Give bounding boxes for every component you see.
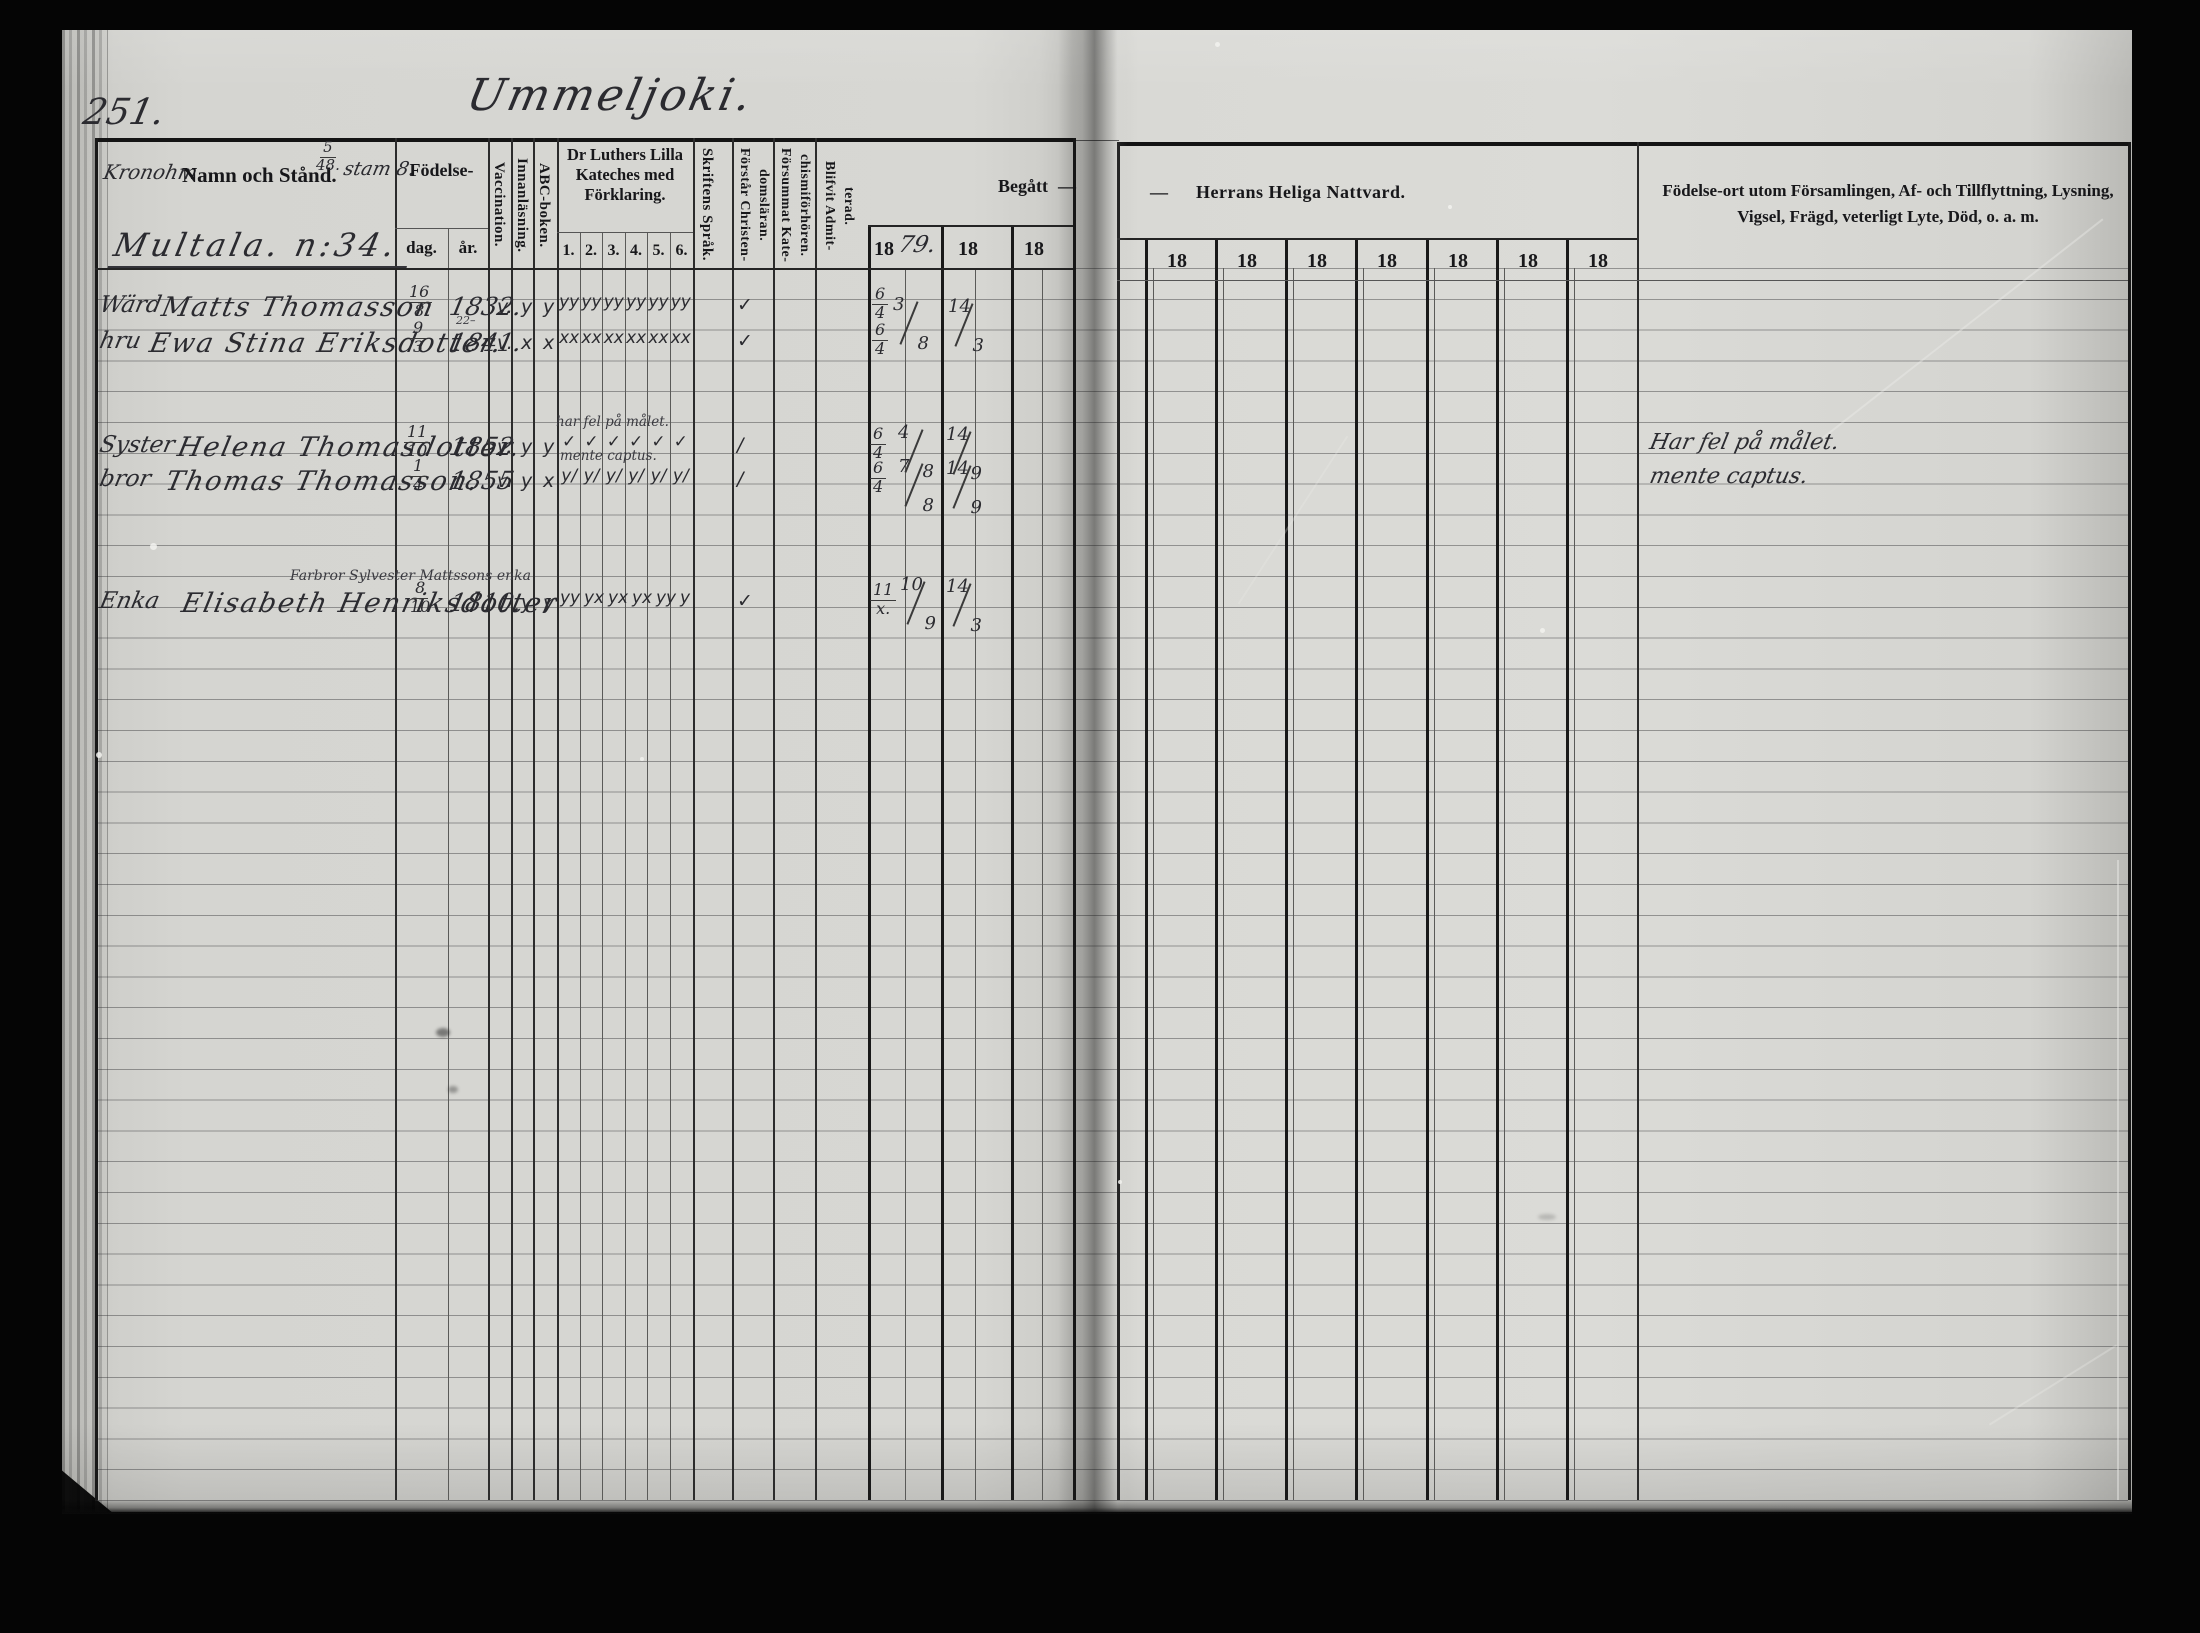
year-cell-18: 18 [1024, 238, 1044, 261]
year-cell-18: 18 [1448, 250, 1468, 273]
table-top-border-left [95, 138, 1075, 142]
remark-note: Har fel på målet. [1647, 430, 1841, 455]
kateches-marks: xxxxxxxxxxxx [558, 328, 692, 348]
innanlasning-mark: y [521, 436, 532, 458]
paper-speck [640, 757, 644, 761]
kateches-num-2: 2. [580, 242, 602, 260]
right-year-line [1285, 238, 1288, 1500]
abc-mark: y [543, 436, 554, 458]
kateches-col-label: Dr Luthers Lilla Kateches med Förklaring… [559, 145, 691, 205]
kateches-num-6: 6. [670, 242, 693, 260]
paper-speck [1448, 205, 1452, 209]
birth-day-value: 14 [410, 458, 426, 494]
remark-note: mente captus. [1647, 464, 1810, 489]
ink-smudge [436, 1028, 450, 1037]
admitted-date: 64 [872, 286, 888, 322]
row-name: Matts Thomasson [159, 292, 438, 323]
paper-speck [150, 543, 157, 550]
nattvard-label: Herrans Heliga Nattvard. [1196, 182, 1405, 203]
abc-mark: x [543, 470, 554, 492]
kateches-marks: yyyyyyyyyyyy [558, 292, 692, 312]
kateches-note: har fel på målet. [556, 414, 669, 430]
paper-speck [1118, 1180, 1122, 1184]
page-number: 251. [80, 92, 169, 133]
forstar-col-label: Förstår Christen- domsläran. [735, 144, 773, 266]
admitted-date: 64 [870, 460, 886, 496]
year-superscript: 22– [456, 314, 476, 327]
innanlasning-mark: y [521, 470, 532, 492]
kateches-num-3: 3. [602, 242, 625, 260]
notes-col-label: Födelse-ort utom Församlingen, Af- och T… [1655, 178, 2121, 230]
name-col-hand-fraction: 548. [316, 140, 340, 174]
kateches-marks: y/y/y/y/y/y/ [558, 466, 692, 486]
year-cell-18: 18 [1237, 250, 1257, 273]
row-name: Thomas Thomasson. [163, 466, 483, 497]
forstar-mark: ✓ [737, 590, 753, 612]
birth-year-label: år. [448, 238, 488, 258]
abc-mark: y [543, 296, 554, 318]
vaccination-col-label: Vaccination. [489, 144, 511, 266]
right-year-line [1355, 238, 1358, 1500]
paper-speck [1215, 42, 1220, 47]
body-top-line-right [1117, 280, 2128, 281]
body-top-line-left [95, 268, 1073, 270]
year-cell-18: 18 [1167, 250, 1187, 273]
year-col-line [941, 225, 944, 1500]
year-cell-1879-print: 18 [874, 238, 894, 261]
table-top-border-right [1117, 142, 2130, 146]
row-title: bror [97, 466, 153, 492]
kateches-split-line [557, 232, 693, 233]
communion-date: 38 [893, 296, 929, 352]
birth-day-value: 810 [410, 580, 430, 616]
forsummat-col-label: Försummat Kate- chismiförhören. [776, 144, 815, 266]
abc-mark: x [543, 332, 554, 354]
communion-date: 149 [946, 460, 982, 516]
admitted-date: 11x. [870, 582, 896, 618]
vaccination-mark: v. [497, 332, 513, 354]
ink-smudge [448, 1086, 458, 1093]
forstar-mark: ✓ [737, 294, 753, 316]
forstar-mark: ✓ [737, 330, 753, 352]
blifvit-col-label: Blifvit Admit- terad. [820, 150, 866, 262]
row-title: hru [97, 328, 143, 354]
paper-speck [96, 752, 102, 758]
year-cell-1879-hand: 79. [896, 232, 938, 258]
year-cell-18: 18 [1307, 250, 1327, 273]
begatt-split-line [868, 225, 1073, 227]
communion-date: 78 [898, 458, 934, 514]
row-title: Wärd [97, 292, 164, 318]
innanlasning-mark: x [521, 332, 532, 354]
admitted-date: 64 [872, 322, 888, 358]
kateches-num-1: 1. [557, 242, 580, 260]
row-title: Syster [97, 432, 177, 458]
year-cell-18: 18 [1377, 250, 1397, 273]
year-cell-18: 18 [1518, 250, 1538, 273]
ink-smudge [1538, 1214, 1556, 1220]
communion-date: 143 [946, 578, 982, 634]
birth-day-value: 93 [410, 320, 426, 356]
vaccination-mark: v. [497, 296, 513, 318]
birth-year-value: 1841. [447, 328, 525, 357]
paper-speck [1540, 628, 1545, 633]
skriftens-sprak-col-label: Skriftens Språk. [697, 144, 730, 266]
right-year-line [1215, 238, 1218, 1500]
abc-book-col-label: ABC-boken. [534, 144, 556, 266]
kateches-num-4: 4. [625, 242, 647, 260]
name-col-label: Namn och Stånd. [182, 163, 337, 188]
begatt-label: Begått [998, 176, 1048, 197]
communion-date: 143 [948, 298, 984, 354]
abc-mark: y [543, 592, 554, 614]
col-line-blifvit [868, 225, 871, 1500]
page-title: Ummeljoki. [463, 70, 759, 121]
center-fold-shadow [1058, 30, 1128, 1512]
forstar-mark: / [737, 434, 743, 456]
page-bottom-shadow [62, 1500, 2132, 1514]
communion-date: 109 [900, 576, 936, 632]
birth-day-value: 168 [406, 284, 432, 320]
birth-year-value: 1810. [447, 588, 525, 617]
kateches-marks: yyyxyxyxyyy [558, 588, 692, 608]
scanned-parish-register: 251. Ummeljoki. Kronohm. Namn och Stånd.… [0, 0, 2200, 1633]
birth-day-value: 1110 [404, 424, 430, 460]
year-col-line [1011, 225, 1014, 1500]
year-cell-18: 18 [958, 238, 978, 261]
right-year-line [1566, 238, 1569, 1500]
kateches-num-5: 5. [647, 242, 670, 260]
right-year-line [1496, 238, 1499, 1500]
forstar-mark: / [737, 468, 743, 490]
right-year-line [1145, 238, 1148, 1500]
nattvard-dash: — [1150, 182, 1168, 203]
kateches-sub-line [670, 232, 671, 1500]
innanlasning-mark: y [521, 592, 532, 614]
group-heading: Multala. n:34. [108, 226, 416, 268]
vaccination-mark: v. [497, 470, 513, 492]
nattvard-split-line [1117, 238, 1637, 240]
birth-col-label: Födelse- [395, 160, 488, 181]
year-cell-18: 18 [1588, 250, 1608, 273]
admitted-date: 64 [870, 426, 886, 462]
innanlasning-col-label: Innanläsning. [512, 144, 533, 266]
col-line-day-year [448, 228, 449, 1500]
kateches-note: mente captus. [560, 448, 657, 464]
innanlasning-mark: y [521, 296, 532, 318]
vaccination-mark: v. [497, 436, 513, 458]
right-year-line [1426, 238, 1429, 1500]
page-edge-highlight [2117, 860, 2119, 1500]
row-title: Enka [97, 588, 162, 614]
